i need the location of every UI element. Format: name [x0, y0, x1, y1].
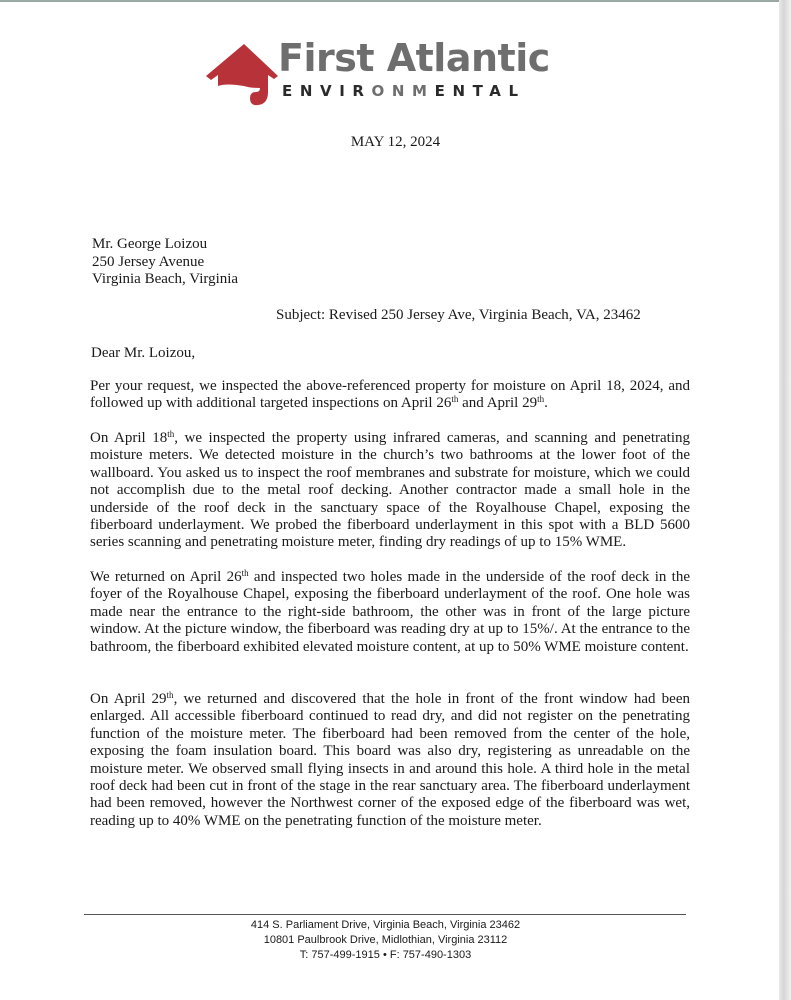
footer-address-1: 414 S. Parliament Drive, Virginia Beach,…	[0, 918, 771, 933]
logo-subtitle: ENVIRONMENTAL	[282, 82, 526, 100]
paragraph-april-26: We returned on April 26th and inspected …	[90, 569, 690, 656]
paragraph-april-29: On April 29th, we returned and discovere…	[90, 691, 690, 830]
paragraph-intro: Per your request, we inspected the above…	[90, 378, 690, 413]
recipient-block: Mr. George Loizou 250 Jersey Avenue Virg…	[92, 236, 238, 289]
recipient-name: Mr. George Loizou	[92, 236, 238, 254]
recipient-street: 250 Jersey Avenue	[92, 254, 238, 272]
letter-date: MAY 12, 2024	[0, 134, 791, 151]
footer-address-2: 10801 Paulbrook Drive, Midlothian, Virgi…	[0, 933, 771, 948]
footer-divider	[84, 914, 686, 915]
footer-phones: T: 757-499-1915 • F: 757-490-1303	[0, 948, 771, 963]
footer-contact: 414 S. Parliament Drive, Virginia Beach,…	[0, 918, 771, 964]
paragraph-april-18: On April 18th, we inspected the property…	[90, 430, 690, 552]
scan-top-edge	[0, 0, 779, 2]
recipient-city: Virginia Beach, Virginia	[92, 271, 238, 289]
logo-title: First Atlantic	[278, 36, 550, 80]
salutation: Dear Mr. Loizou,	[91, 345, 195, 362]
subject-line: Subject: Revised 250 Jersey Ave, Virgini…	[276, 307, 641, 324]
house-logo-icon	[206, 42, 278, 108]
company-logo: First Atlantic ENVIRONMENTAL	[206, 42, 586, 108]
